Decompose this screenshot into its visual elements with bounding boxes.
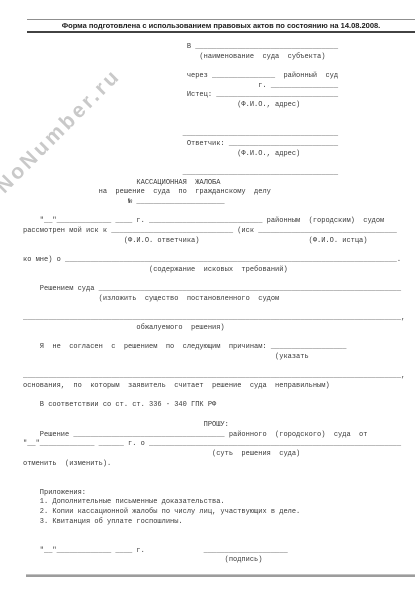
form-line — [23, 411, 417, 421]
form-line — [23, 469, 417, 479]
form-line: через _______________ районный суд — [23, 72, 417, 82]
form-line: 3. Квитанция об уплате госпошлины. — [23, 518, 417, 528]
form-line: (Ф.И.О. ответчика) (Ф.И.О. истца) — [23, 237, 417, 247]
form-line — [23, 246, 417, 256]
form-line — [23, 111, 417, 121]
form-line: ________________________________________… — [23, 314, 417, 324]
form-line — [23, 479, 417, 489]
form-line — [23, 392, 417, 402]
form-line: отменить (изменить). — [23, 460, 417, 470]
form-line: Ответчик: __________________________ — [23, 140, 417, 150]
form-line: "__"_____________ ____ г. ______________… — [23, 217, 417, 227]
form-line: _____________________________________ — [23, 169, 417, 179]
form-line — [23, 159, 417, 169]
form-line: В соответствии со ст. ст. 336 - 340 ГПК … — [23, 401, 417, 411]
form-line — [23, 121, 417, 131]
form-line: ко мне) о ______________________________… — [23, 256, 417, 266]
form-line: (подпись) — [23, 556, 417, 566]
form-line: (наименование суда субъекта) — [23, 53, 417, 63]
form-line: 2. Копии кассационной жалобы по числу ли… — [23, 508, 417, 518]
form-line: на решение суда по гражданскому делу — [23, 188, 417, 198]
form-line — [23, 208, 417, 218]
form-line: (изложить существо постановленного судом — [23, 295, 417, 305]
form-line: ________________________________________… — [23, 372, 417, 382]
document-page: NoNumber.ru Форма подготовлена с использ… — [0, 0, 420, 600]
form-line: Приложения: — [23, 489, 417, 499]
form-line — [23, 527, 417, 537]
form-line: Решением суда __________________________… — [23, 285, 417, 295]
form-line: В __________________________________ — [23, 43, 417, 53]
form-line: основания, по которым заявитель считает … — [23, 382, 417, 392]
form-line: г. ________________ — [23, 82, 417, 92]
form-line: Истец: _____________________________ — [23, 91, 417, 101]
form-line: (Ф.И.О., адрес) — [23, 150, 417, 160]
header-rule-bottom — [27, 31, 415, 33]
form-line: Я не согласен с решением по следующим пр… — [23, 343, 417, 353]
form-body: В __________________________________ (на… — [23, 43, 417, 566]
form-line — [23, 363, 417, 373]
form-line: "__"_____________ ____ г. ______________… — [23, 547, 417, 557]
form-line: ПРОШУ: — [23, 421, 417, 431]
form-line — [23, 62, 417, 72]
form-line: 1. Дополнительные письменные доказательс… — [23, 498, 417, 508]
form-line — [23, 305, 417, 315]
header-notice-text: Форма подготовлена с использованием прав… — [27, 20, 415, 31]
form-line: рассмотрен мой иск к ___________________… — [23, 227, 417, 237]
form-line: обжалуемого решения) — [23, 324, 417, 334]
form-line — [23, 276, 417, 286]
header-notice-bar: Форма подготовлена с использованием прав… — [27, 19, 415, 33]
form-line: (суть решения суда) — [23, 450, 417, 460]
footer-rule — [26, 574, 415, 577]
form-line: № _____________________ — [23, 198, 417, 208]
form-line: (Ф.И.О., адрес) — [23, 101, 417, 111]
form-line: КАССАЦИОННАЯ ЖАЛОБА — [23, 179, 417, 189]
form-line: "__"_____________ ______ г. о __________… — [23, 440, 417, 450]
form-line — [23, 334, 417, 344]
form-line — [23, 537, 417, 547]
form-line: (содержание исковых требований) — [23, 266, 417, 276]
form-line: (указать — [23, 353, 417, 363]
form-line: _____________________________________ — [23, 130, 417, 140]
form-line: Решение ________________________________… — [23, 431, 417, 441]
